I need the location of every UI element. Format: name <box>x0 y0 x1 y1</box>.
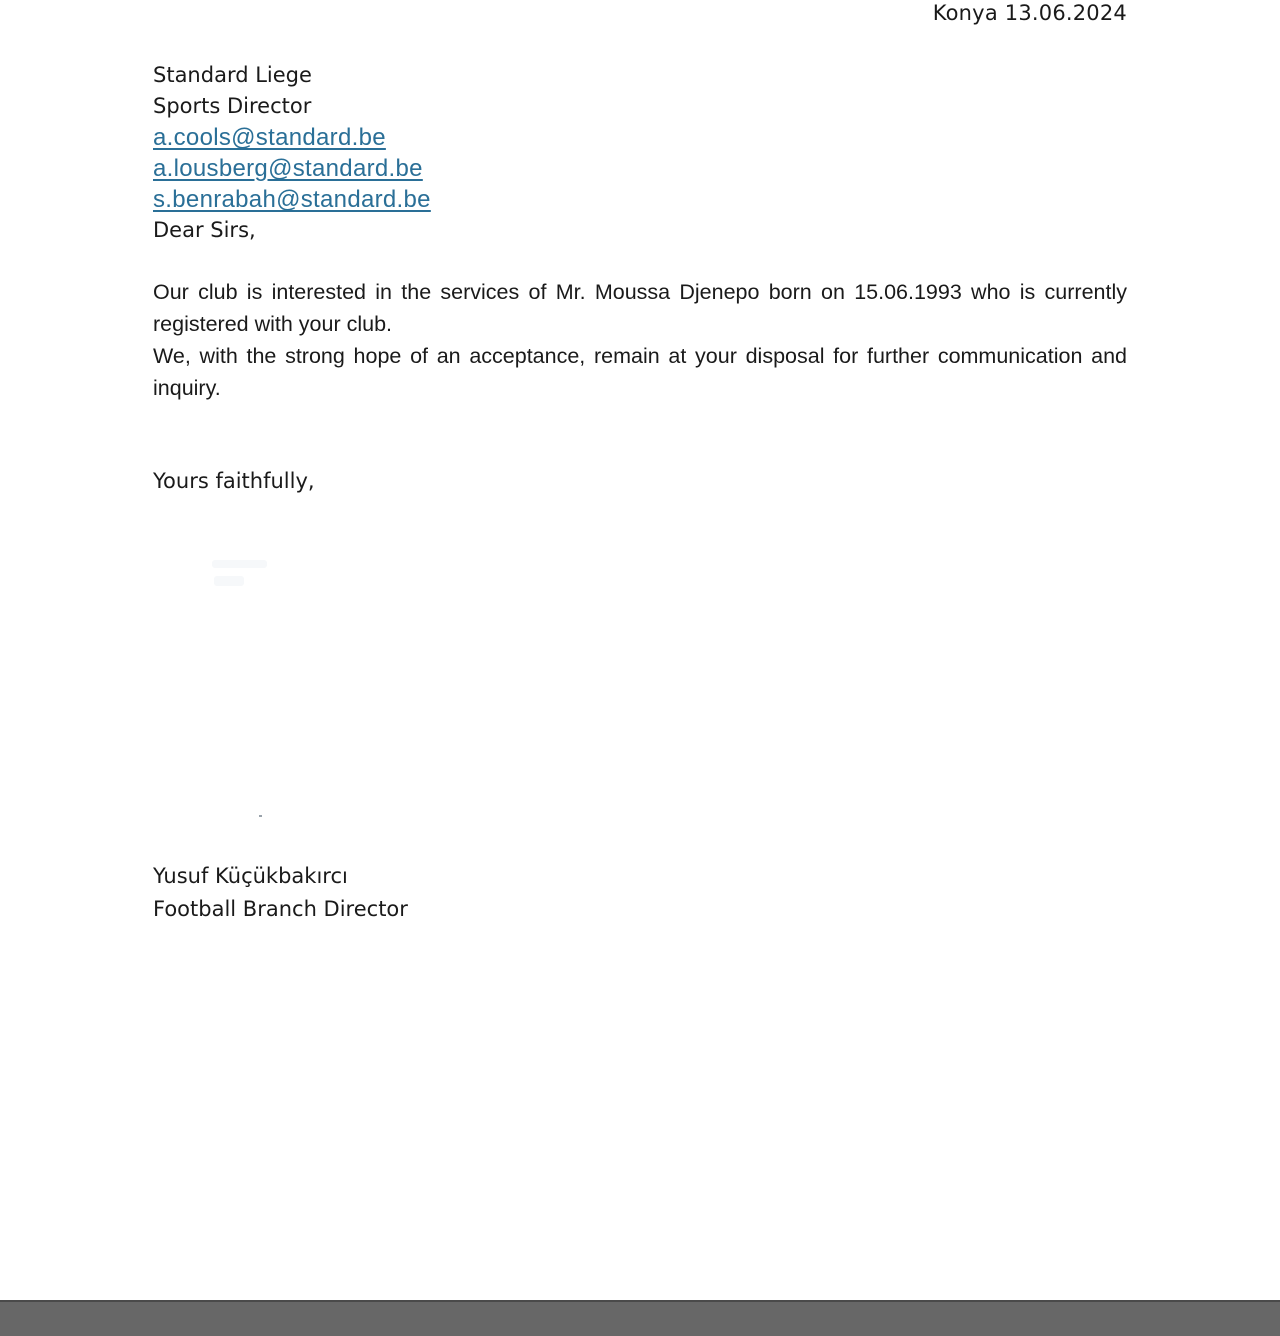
email-link-cools[interactable]: a.cools@standard.be <box>153 124 386 151</box>
closing: Yours faithfully, <box>153 466 315 497</box>
letter-page: Konya 13.06.2024 Standard Liege Sports D… <box>0 0 1280 1300</box>
letter-body: Our club is interested in the services o… <box>153 276 1127 404</box>
signatory-position: Football Branch Director <box>153 893 408 926</box>
signatory-name: Yusuf Küçükbakırcı <box>153 860 408 893</box>
body-paragraph: We, with the strong hope of an acceptanc… <box>153 340 1127 404</box>
email-link-benrabah[interactable]: s.benrabah@standard.be <box>153 186 431 213</box>
signatory-block: Yusuf Küçükbakırcı Football Branch Direc… <box>153 860 408 926</box>
recipient-block: Standard Liege Sports Director a.cools@s… <box>153 60 431 246</box>
salutation: Dear Sirs, <box>153 215 431 246</box>
recipient-title: Sports Director <box>153 91 431 122</box>
faint-mark <box>212 560 267 568</box>
email-link-lousberg[interactable]: a.lousberg@standard.be <box>153 155 423 182</box>
signature-area <box>200 550 280 600</box>
faint-mark <box>214 576 244 586</box>
bottom-bar <box>0 1300 1280 1336</box>
recipient-organization: Standard Liege <box>153 60 431 91</box>
faint-dot <box>259 815 262 817</box>
body-paragraph: Our club is interested in the services o… <box>153 276 1127 340</box>
place-and-date: Konya 13.06.2024 <box>933 0 1127 26</box>
